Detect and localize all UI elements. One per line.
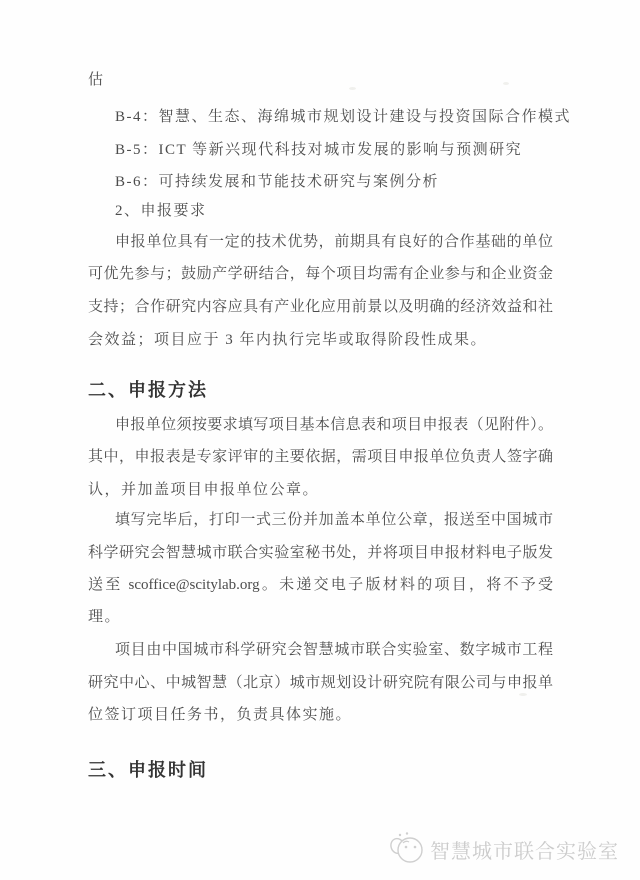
watermark: 智慧城市联合实验室 <box>388 828 619 871</box>
section-heading-time: 三、申报时间 <box>88 758 208 782</box>
method-para3-line: 项目由中国城市科学研究会智慧城市联合实验室、数字城市工程 <box>88 639 553 661</box>
scan-speck <box>349 87 356 90</box>
method-para3-line: 位签订项目任务书，负责具体实施。 <box>88 704 553 726</box>
method-para2-line: 填写完毕后，打印一式三份并加盖本单位公章，报送至中国城市 <box>88 509 553 531</box>
topic-item-b6: B-6：可持续发展和节能技术研究与案例分析 <box>88 171 553 193</box>
scan-speck <box>503 82 509 85</box>
requirements-line: 可优先参与；鼓励产学研结合，每个项目均需有企业参与和企业资金 <box>88 263 553 285</box>
requirements-line: 会效益；项目应于 3 年内执行完毕或取得阶段性成果。 <box>88 329 553 351</box>
requirements-line: 申报单位具有一定的技术优势，前期具有良好的合作基础的单位 <box>88 231 553 253</box>
carryover-text: 估 <box>88 69 553 91</box>
topic-item-b5: B-5：ICT 等新兴现代科技对城市发展的影响与预测研究 <box>88 139 553 161</box>
method-para2-line: 送至 scoffice@scitylab.org。未递交电子版材料的项目，将不予… <box>88 574 553 596</box>
method-para1-line: 认，并加盖项目申报单位公章。 <box>88 479 553 501</box>
topic-item-b4: B-4：智慧、生态、海绵城市规划设计建设与投资国际合作模式 <box>88 106 553 128</box>
method-para1-line: 申报单位须按要求填写项目基本信息表和项目申报表（见附件）。 <box>88 414 553 436</box>
requirements-label: 2、申报要求 <box>88 200 553 222</box>
method-para2-line: 科学研究会智慧城市联合实验室秘书处，并将项目申报材料电子版发 <box>88 542 553 564</box>
scan-speck <box>519 693 527 696</box>
scanned-document-page: 估 B-4：智慧、生态、海绵城市规划设计建设与投资国际合作模式 B-5：ICT … <box>0 0 640 880</box>
mascot-face-icon <box>388 828 426 871</box>
requirements-line: 支持；合作研究内容应具有产业化应用前景以及明确的经济效益和社 <box>88 296 553 318</box>
method-para1-line: 其中，申报表是专家评审的主要依据，需项目申报单位负责人签字确 <box>88 446 553 468</box>
method-para2-line: 理。 <box>88 606 553 628</box>
section-heading-method: 二、申报方法 <box>88 378 208 402</box>
watermark-label: 智慧城市联合实验室 <box>430 835 619 864</box>
method-para3-line: 研究中心、中城智慧（北京）城市规划设计研究院有限公司与申报单 <box>88 672 553 694</box>
